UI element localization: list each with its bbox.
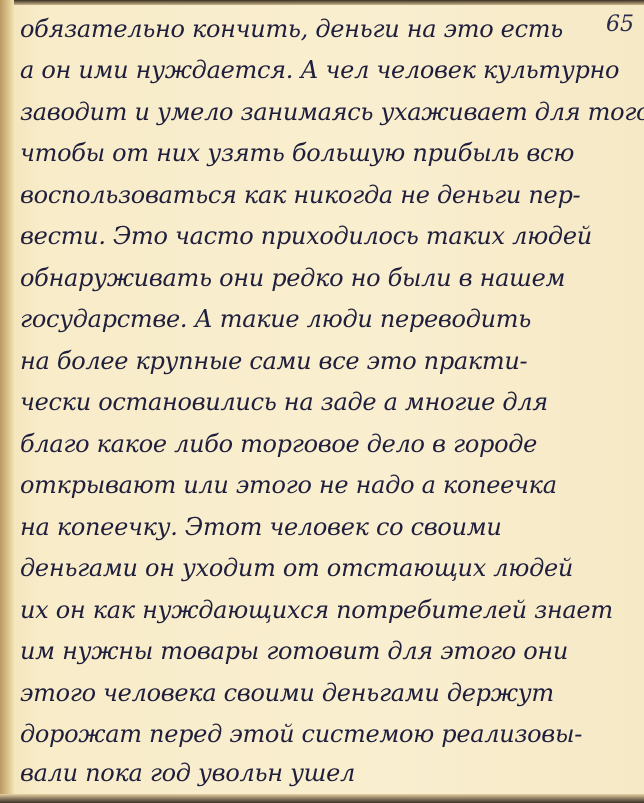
text-line: государстве. А такие люди переводить [20, 304, 610, 334]
text-line: вали пока год увольн ушел [20, 758, 610, 788]
text-line: этого человека своими деньгами держут [20, 678, 610, 708]
page-top-edge [0, 0, 644, 5]
notebook-page: 65 обязательно кончить, деньги на это ес… [0, 0, 644, 803]
page-number: 65 [606, 12, 634, 37]
text-line: заводит и умело занимаясь ухаживает для … [20, 97, 610, 127]
text-line: а он ими нуждается. А чел человек культу… [20, 55, 610, 85]
text-line: деньгами он уходит от отстающих людей [20, 553, 610, 583]
text-line: на более крупные сами все это практи- [20, 346, 610, 376]
text-line: чески остановились на заде а многие для [20, 387, 610, 417]
page-bottom-edge [0, 794, 644, 803]
text-line: на копеечку. Этот человек со своими [20, 512, 610, 542]
text-line: воспользоваться как никогда не деньги пе… [20, 180, 610, 210]
text-line: их он как нуждающихся потребителей знает [20, 595, 610, 625]
text-line: обязательно кончить, деньги на это есть [20, 14, 610, 44]
text-line: им нужны товары готовит для этого они [20, 636, 610, 666]
text-line: открывают или этого не надо а копеечка [20, 470, 610, 500]
text-line: чтобы от них узять большую прибыль всю [20, 138, 610, 168]
text-line: вести. Это часто приходилось таких людей [20, 221, 610, 251]
text-line: обнаруживать они редко но были в нашем [20, 263, 610, 293]
text-line: дорожат перед этой системою реализовы- [20, 719, 610, 749]
text-line: благо какое либо торговое дело в городе [20, 429, 610, 459]
notebook-spine [0, 0, 14, 803]
